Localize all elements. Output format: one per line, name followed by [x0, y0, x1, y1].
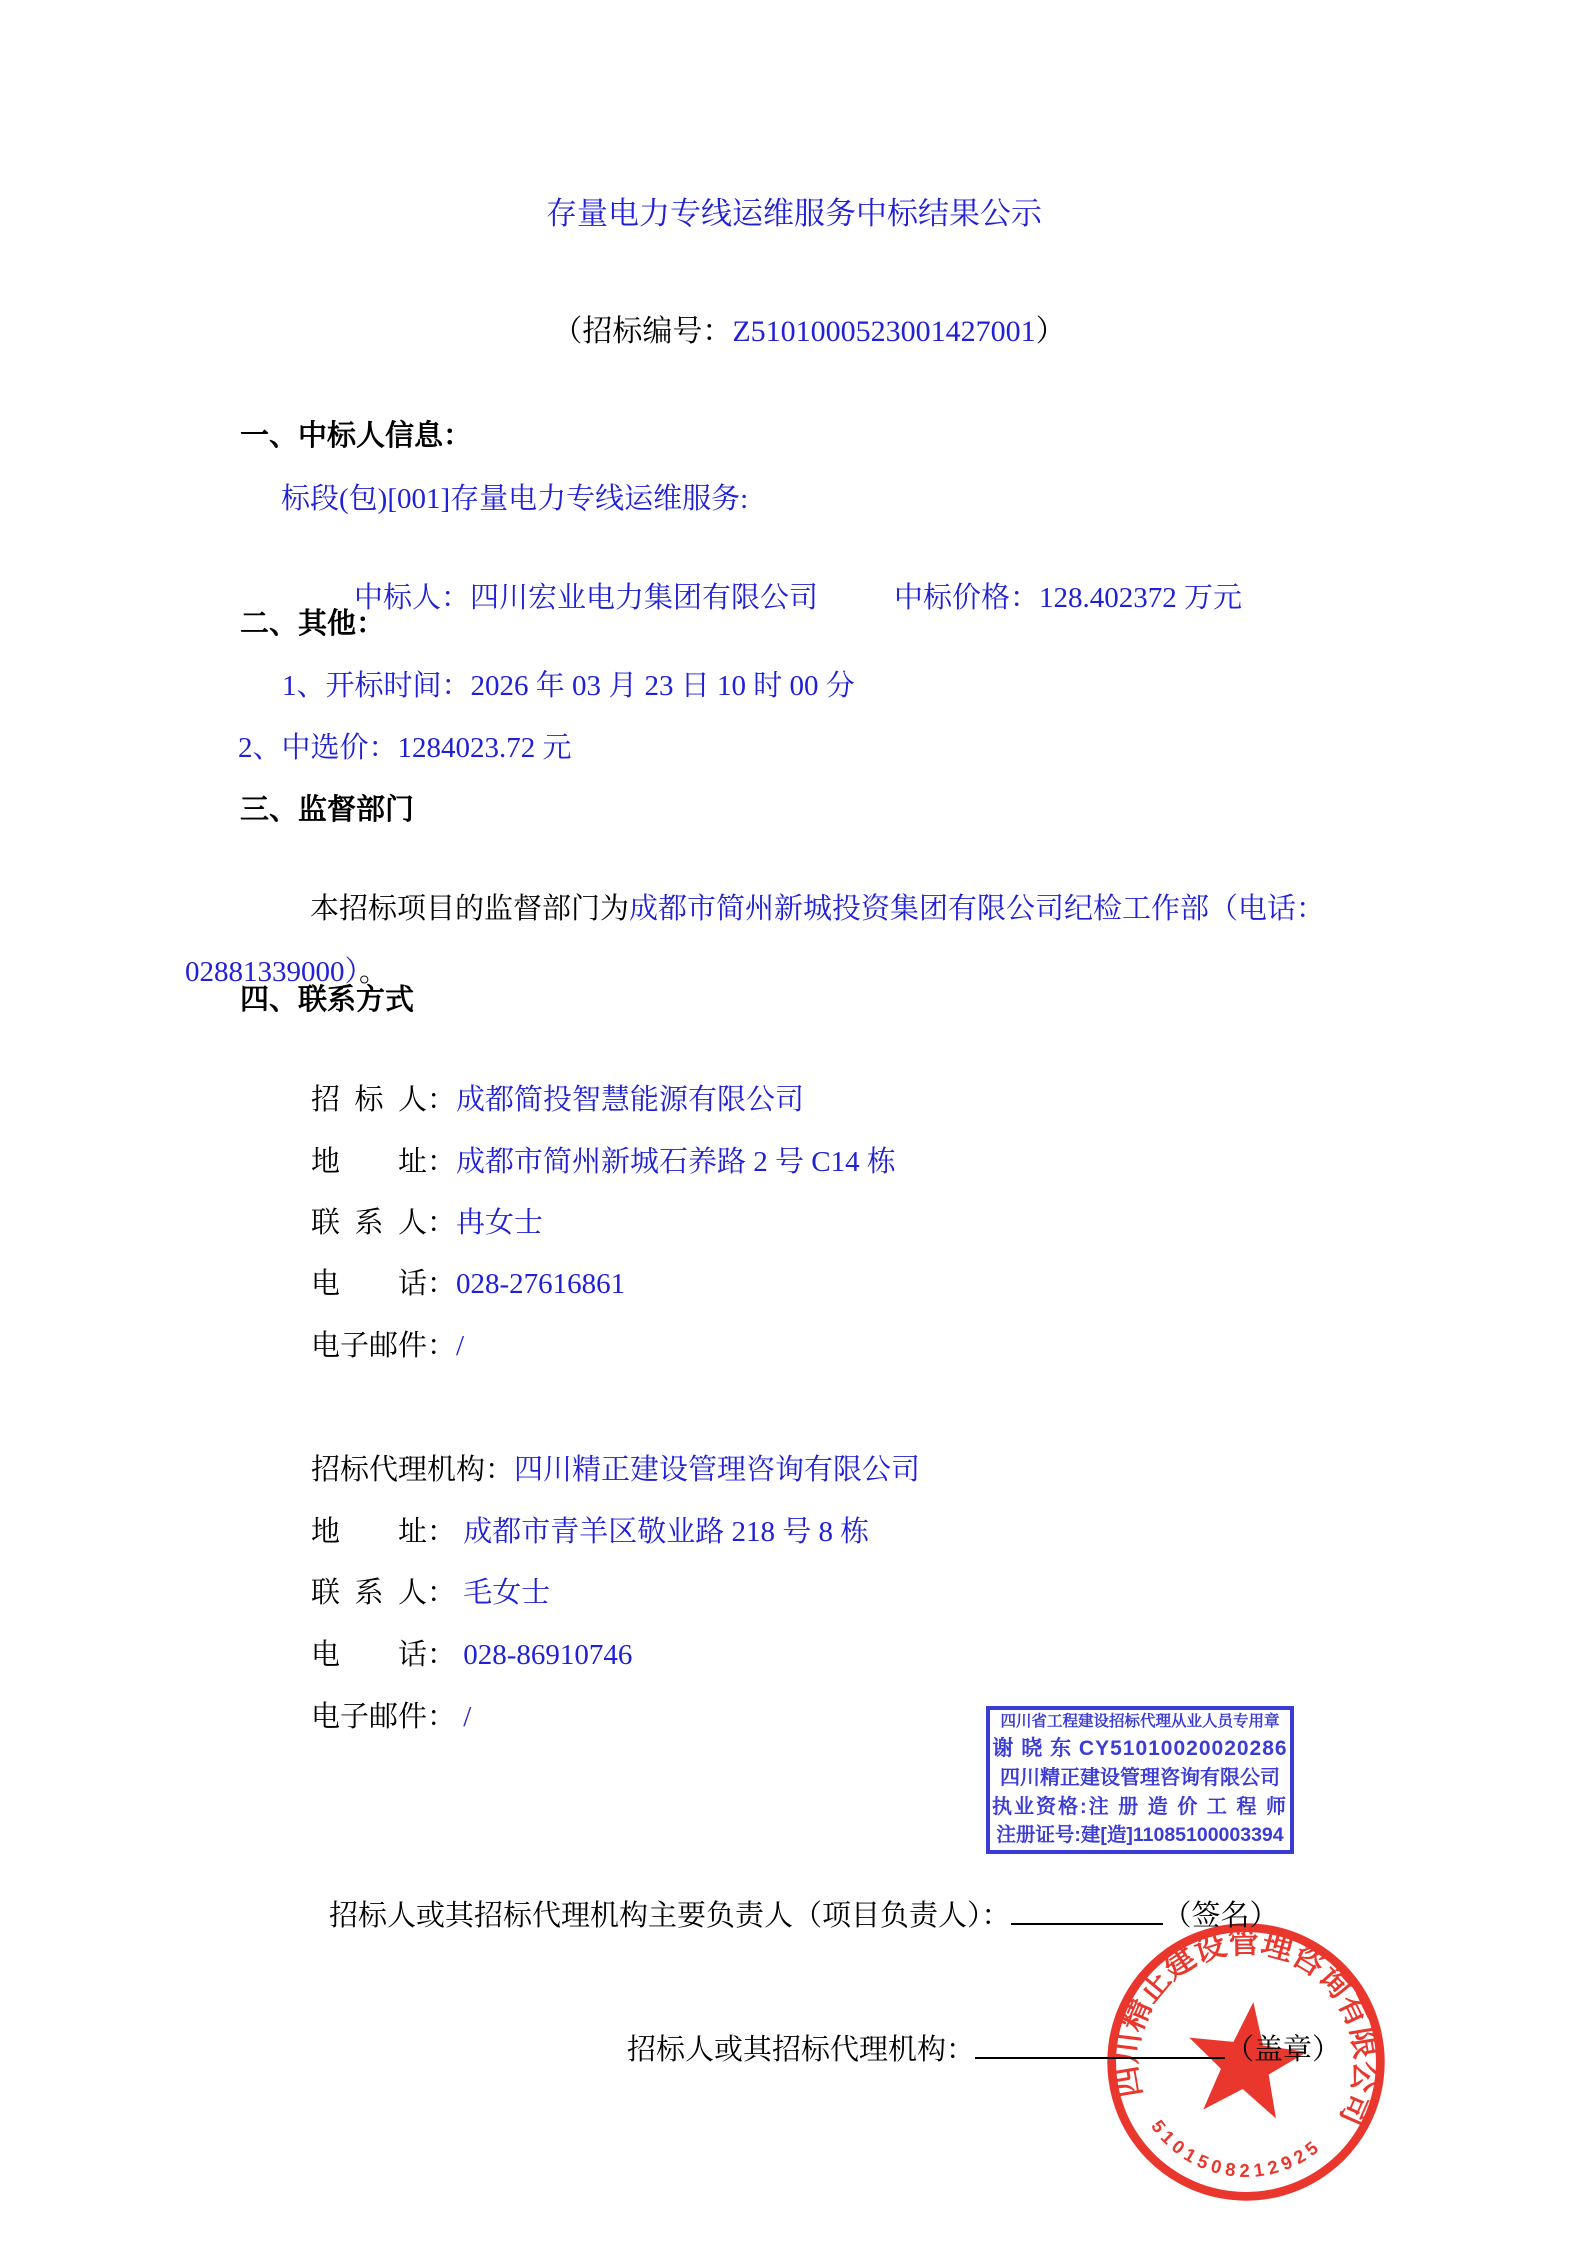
agent-stamp-title: 四川省工程建设招标代理从业人员专用章: [992, 1713, 1288, 1730]
bid-code-value: Z5101000523001427001: [732, 315, 1035, 348]
agency-email-label: 电子邮件：: [311, 1701, 456, 1733]
open-time-line: 1、开标时间：2026 年 03 月 23 日 10 时 00 分: [282, 668, 855, 704]
company-round-stamp: 四川精正建设管理咨询有限公司 5101508212925: [1083, 1899, 1408, 2224]
section-3-heading: 三、监督部门: [240, 792, 414, 828]
tenderer-email-label: 电子邮件：: [311, 1330, 456, 1362]
bid-code-prefix: （招标编号：: [552, 315, 732, 348]
section-1-heading: 一、中标人信息：: [240, 418, 472, 454]
lot-line: 标段(包)[001]存量电力专线运维服务:: [281, 481, 748, 517]
stamp-star: [1181, 1995, 1312, 2121]
agent-stamp-company: 四川精正建设管理咨询有限公司: [992, 1767, 1288, 1789]
winner-line: 中标人：四川宏业电力集团有限公司: [325, 544, 818, 652]
supervision-paragraph-line-1: 本招标项目的监督部门为成都市简州新城投资集团有限公司纪检工作部（电话：: [281, 855, 1325, 963]
bid-code-line: （招标编号：Z5101000523001427001）: [0, 278, 1588, 386]
tenderer-phone-value: 028-27616861: [456, 1268, 625, 1300]
stamp-serial-number: 5101508212925: [1142, 2114, 1327, 2191]
section-2-heading: 二、其他：: [240, 606, 385, 642]
round-stamp-graphic: 四川精正建设管理咨询有限公司 5101508212925: [1083, 1899, 1408, 2224]
selected-price-line: 2、中选价：1284023.72 元: [238, 730, 572, 766]
svg-text:5101508212925: 5101508212925: [1142, 2114, 1327, 2191]
document-page: 存量电力专线运维服务中标结果公示 （招标编号：Z5101000523001427…: [0, 0, 1588, 2244]
bid-code-suffix: ）: [1036, 315, 1066, 348]
winner-name: 中标人：四川宏业电力集团有限公司: [354, 582, 818, 614]
agency-phone-value: 028-86910746: [456, 1639, 632, 1671]
winner-price: 中标价格：128.402372 万元: [894, 582, 1242, 614]
tenderer-email-row: 电子邮件：/: [282, 1292, 464, 1400]
agent-stamp-person: 谢 晓 东 CY51010020020286: [992, 1737, 1288, 1761]
agent-stamp-cert-number: 注册证号:建[造]11085100003394: [992, 1825, 1288, 1847]
seal-label: 招标人或其招标代理机构：: [627, 2034, 975, 2066]
page-title: 存量电力专线运维服务中标结果公示: [0, 196, 1588, 232]
signature-label: 招标人或其招标代理机构主要负责人（项目负责人）：: [329, 1900, 1011, 1932]
tenderer-email-value: /: [456, 1330, 464, 1362]
agency-email-row: 电子邮件： /: [282, 1663, 471, 1771]
winner-price-line: 中标价格：128.402372 万元: [865, 544, 1242, 652]
section-4-heading: 四、联系方式: [240, 982, 414, 1018]
supervision-text-blue: 成都市简州新城投资集团有限公司纪检工作部（电话：: [629, 893, 1325, 925]
agent-qualification-stamp: 四川省工程建设招标代理从业人员专用章 谢 晓 东 CY5101002002028…: [986, 1706, 1294, 1854]
agent-stamp-qualification: 执业资格:注 册 造 价 工 程 师: [992, 1796, 1288, 1818]
agency-email-value: /: [456, 1701, 471, 1733]
